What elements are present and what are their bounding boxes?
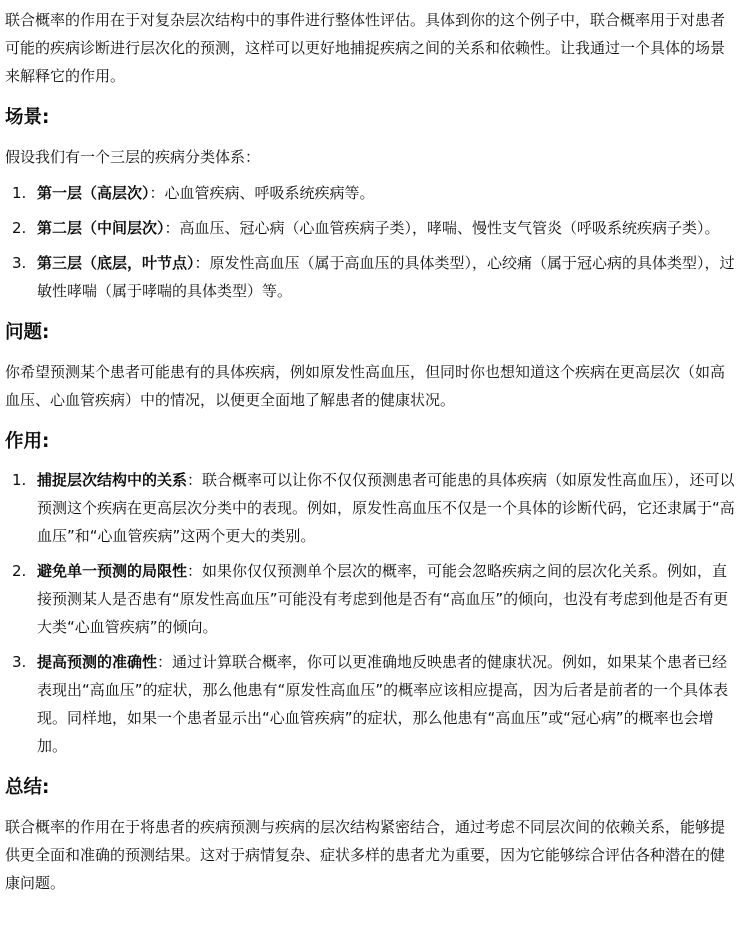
list-number: 2. bbox=[12, 557, 26, 585]
role-list: 1.捕捉层次结构中的关系：联合概率可以让你不仅仅预测患者可能患的具体疾病（如原发… bbox=[5, 466, 735, 760]
list-item: 1.捕捉层次结构中的关系：联合概率可以让你不仅仅预测患者可能患的具体疾病（如原发… bbox=[5, 466, 735, 550]
list-item-title: 提高预测的准确性 bbox=[37, 653, 157, 671]
list-item-title: 捕捉层次结构中的关系 bbox=[37, 471, 187, 489]
role-heading: 作用: bbox=[5, 428, 735, 456]
problem-heading: 问题: bbox=[5, 319, 735, 347]
list-item: 3.提高预测的准确性：通过计算联合概率，你可以更准确地反映患者的健康状况。例如，… bbox=[5, 648, 735, 760]
problem-paragraph: 你希望预测某个患者可能患有的具体疾病，例如原发性高血压，但同时你也想知道这个疾病… bbox=[5, 358, 735, 414]
list-number: 1. bbox=[12, 466, 26, 494]
list-number: 2. bbox=[12, 214, 26, 242]
chat-message-content: 联合概率的作用在于对复杂层次结构中的事件进行整体性评估。具体到你的这个例子中，联… bbox=[0, 0, 743, 897]
list-item: 3.第三层（底层，叶节点）：原发性高血压（属于高血压的具体类型），心绞痛（属于冠… bbox=[5, 249, 735, 305]
list-item-title: 第三层（底层，叶节点） bbox=[37, 254, 195, 272]
scene-paragraph: 假设我们有一个三层的疾病分类体系： bbox=[5, 143, 735, 171]
list-number: 1. bbox=[12, 179, 26, 207]
list-number: 3. bbox=[12, 249, 26, 277]
scene-heading: 场景: bbox=[5, 104, 735, 132]
list-number: 3. bbox=[12, 648, 26, 676]
list-item-text: ：高血压、冠心病（心血管疾病子类），哮喘、慢性支气管炎（呼吸系统疾病子类）。 bbox=[165, 219, 720, 237]
list-item-title: 第一层（高层次） bbox=[37, 184, 150, 202]
scene-list: 1.第一层（高层次）：心血管疾病、呼吸系统疾病等。 2.第二层（中间层次）：高血… bbox=[5, 179, 735, 305]
list-item-text: ：心血管疾病、呼吸系统疾病等。 bbox=[150, 184, 375, 202]
list-item-title: 第二层（中间层次） bbox=[37, 219, 165, 237]
list-item: 2.避免单一预测的局限性：如果你仅仅预测单个层次的概率，可能会忽略疾病之间的层次… bbox=[5, 557, 735, 641]
summary-paragraph: 联合概率的作用在于将患者的疾病预测与疾病的层次结构紧密结合，通过考虑不同层次间的… bbox=[5, 813, 735, 897]
intro-paragraph: 联合概率的作用在于对复杂层次结构中的事件进行整体性评估。具体到你的这个例子中，联… bbox=[5, 6, 735, 90]
list-item: 2.第二层（中间层次）：高血压、冠心病（心血管疾病子类），哮喘、慢性支气管炎（呼… bbox=[5, 214, 735, 242]
list-item: 1.第一层（高层次）：心血管疾病、呼吸系统疾病等。 bbox=[5, 179, 735, 207]
summary-heading: 总结: bbox=[5, 774, 735, 802]
list-item-title: 避免单一预测的局限性 bbox=[37, 562, 187, 580]
